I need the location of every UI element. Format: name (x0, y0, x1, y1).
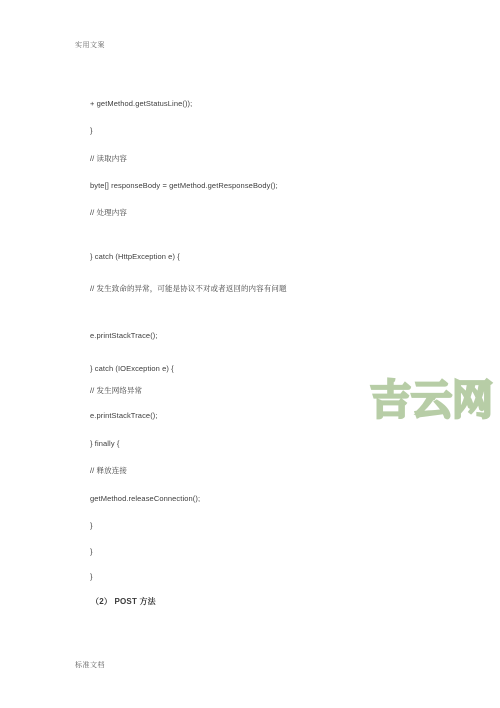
code-line: // 处理内容 (90, 208, 127, 217)
code-line: e.printStackTrace(); (90, 331, 158, 340)
watermark-text: 吉云网 (370, 378, 493, 422)
code-line: getMethod.releaseConnection(); (90, 494, 200, 503)
code-line: } catch (HttpException e) { (90, 252, 180, 261)
section-heading: （2） POST 方法 (91, 597, 156, 607)
code-line: e.printStackTrace(); (90, 411, 158, 420)
code-line: // 发生致命的异常，可能是协议不对或者返回的内容有问题 (90, 284, 287, 293)
page-header-text: 实用文案 (75, 40, 105, 50)
code-line: + getMethod.getStatusLine()); (90, 99, 192, 108)
code-line: } catch (IOException e) { (90, 364, 174, 373)
code-line: } (90, 126, 93, 135)
code-line: } finally { (90, 439, 119, 448)
code-line: // 释放连接 (90, 466, 127, 475)
code-line: // 读取内容 (90, 154, 127, 163)
code-line: } (90, 521, 93, 530)
code-line: byte[] responseBody = getMethod.getRespo… (90, 181, 278, 190)
document-page: 实用文案 + getMethod.getStatusLine()); } // … (0, 0, 500, 708)
code-line: } (90, 547, 93, 556)
page-footer-text: 标准文档 (75, 660, 105, 670)
code-line: } (90, 572, 93, 581)
code-line: // 发生网络异常 (90, 386, 142, 395)
